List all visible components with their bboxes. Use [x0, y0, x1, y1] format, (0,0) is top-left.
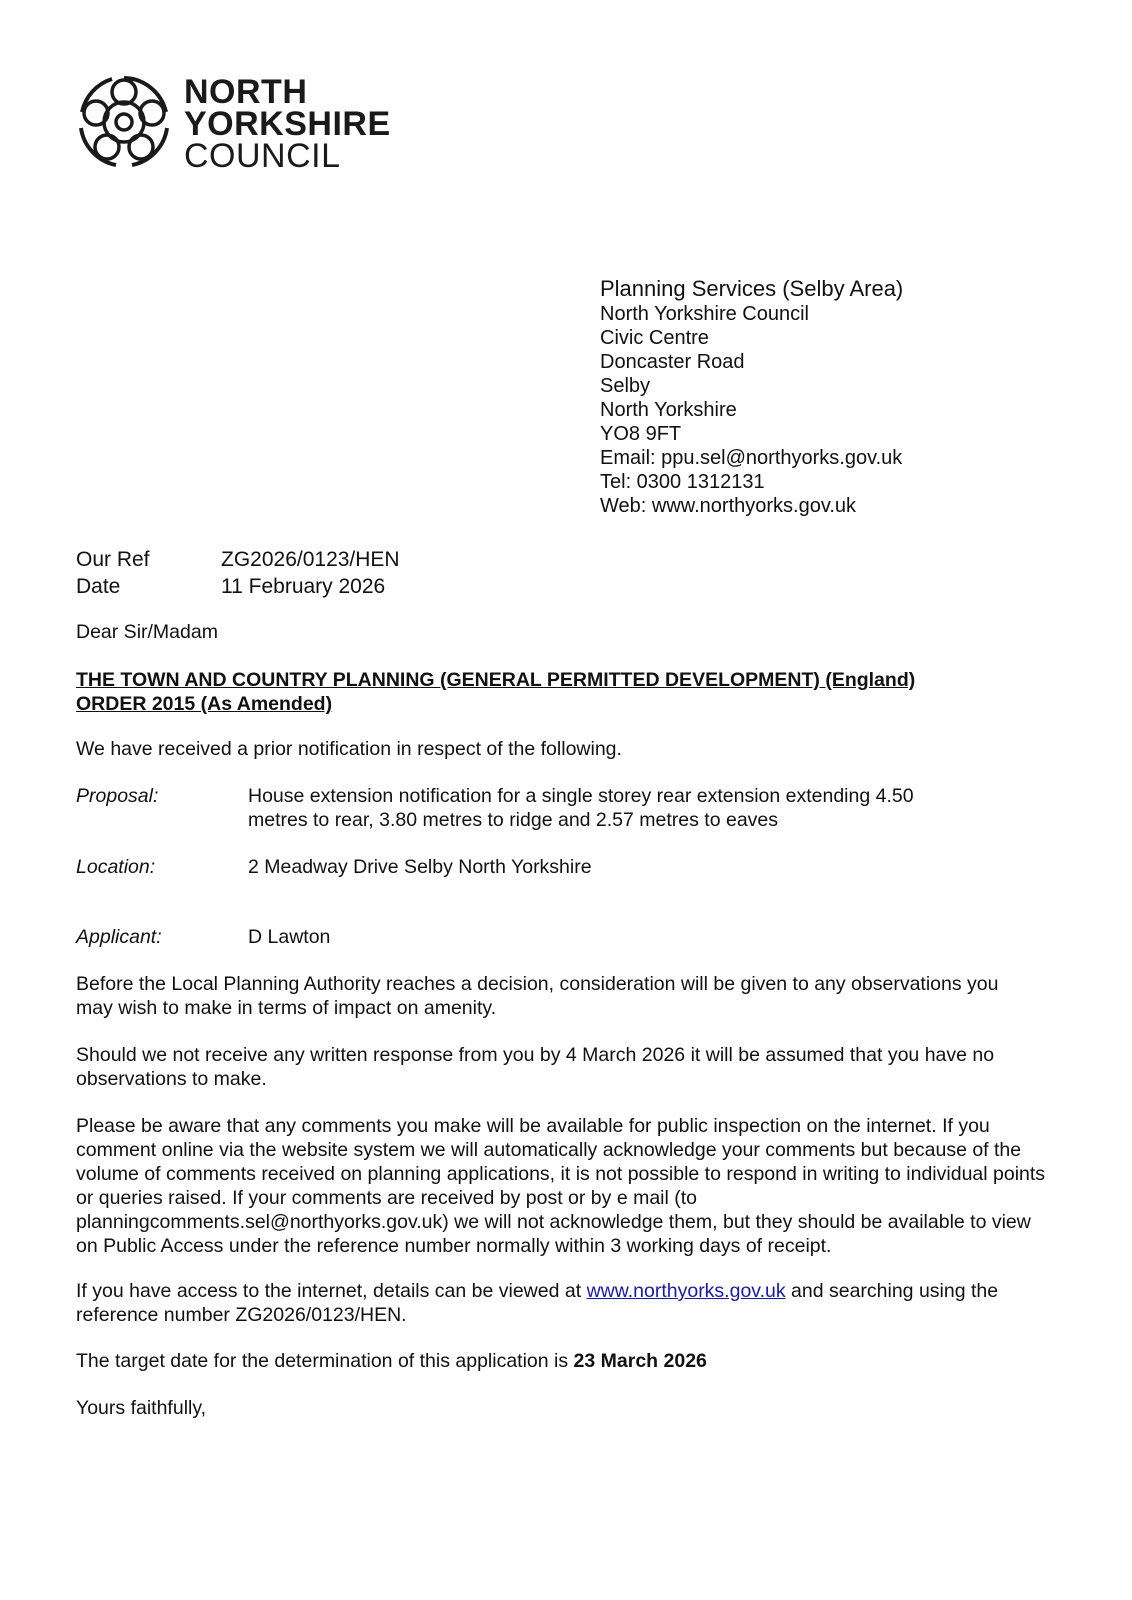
paragraph-online-details: If you have access to the internet, deta… — [76, 1279, 1026, 1327]
heading-line-1: THE TOWN AND COUNTRY PLANNING (GENERAL P… — [76, 668, 1056, 692]
council-website-link[interactable]: www.northyorks.gov.uk — [587, 1280, 786, 1302]
letter-heading: THE TOWN AND COUNTRY PLANNING (GENERAL P… — [76, 668, 1056, 716]
logo-line-2: YORKSHIRE — [184, 108, 391, 140]
heading-line-2: ORDER 2015 (As Amended) — [76, 692, 1056, 716]
address-postcode: YO8 9FT — [600, 422, 903, 446]
salutation: Dear Sir/Madam — [76, 620, 1056, 644]
applicant-field: Applicant: D Lawton — [76, 925, 1056, 949]
sender-address: Planning Services (Selby Area) North Yor… — [600, 276, 903, 518]
target-date-text: The target date for the determination of… — [76, 1350, 574, 1372]
yorkshire-rose-icon — [74, 72, 174, 172]
reference-block: Our Ref ZG2026/0123/HEN Date 11 February… — [76, 546, 400, 600]
address-line: Doncaster Road — [600, 350, 903, 374]
proposal-label: Proposal: — [76, 784, 248, 832]
logo-line-3: COUNCIL — [184, 140, 391, 172]
applicant-value: D Lawton — [248, 925, 968, 949]
location-field: Location: 2 Meadway Drive Selby North Yo… — [76, 855, 1056, 879]
address-department: Planning Services (Selby Area) — [600, 276, 903, 302]
ref-label: Our Ref — [76, 546, 221, 573]
location-label: Location: — [76, 855, 248, 879]
date-value: 11 February 2026 — [221, 573, 385, 600]
applicant-label: Applicant: — [76, 925, 248, 949]
address-line: Civic Centre — [600, 326, 903, 350]
online-details-text: If you have access to the internet, deta… — [76, 1280, 587, 1302]
proposal-field: Proposal: House extension notification f… — [76, 784, 1056, 832]
date-label: Date — [76, 573, 221, 600]
paragraph-public-inspection: Please be aware that any comments you ma… — [76, 1114, 1051, 1258]
paragraph-observations: Before the Local Planning Authority reac… — [76, 972, 1026, 1020]
proposal-value: House extension notification for a singl… — [248, 784, 968, 832]
paragraph-deadline: Should we not receive any written respon… — [76, 1043, 1026, 1091]
ref-value: ZG2026/0123/HEN — [221, 546, 400, 573]
target-date-value: 23 March 2026 — [574, 1350, 707, 1372]
address-line: North Yorkshire — [600, 398, 903, 422]
council-logo: NORTH YORKSHIRE COUNCIL — [74, 72, 394, 182]
closing: Yours faithfully, — [76, 1396, 1056, 1420]
address-web: Web: www.northyorks.gov.uk — [600, 494, 903, 518]
intro-text: We have received a prior notification in… — [76, 737, 1056, 761]
paragraph-target-date: The target date for the determination of… — [76, 1349, 1056, 1373]
logo-line-1: NORTH — [184, 76, 391, 108]
address-line: Selby — [600, 374, 903, 398]
logo-wordmark: NORTH YORKSHIRE COUNCIL — [184, 76, 391, 172]
address-email: Email: ppu.sel@northyorks.gov.uk — [600, 446, 903, 470]
address-line: North Yorkshire Council — [600, 302, 903, 326]
address-phone: Tel: 0300 1312131 — [600, 470, 903, 494]
location-value: 2 Meadway Drive Selby North Yorkshire — [248, 855, 968, 879]
